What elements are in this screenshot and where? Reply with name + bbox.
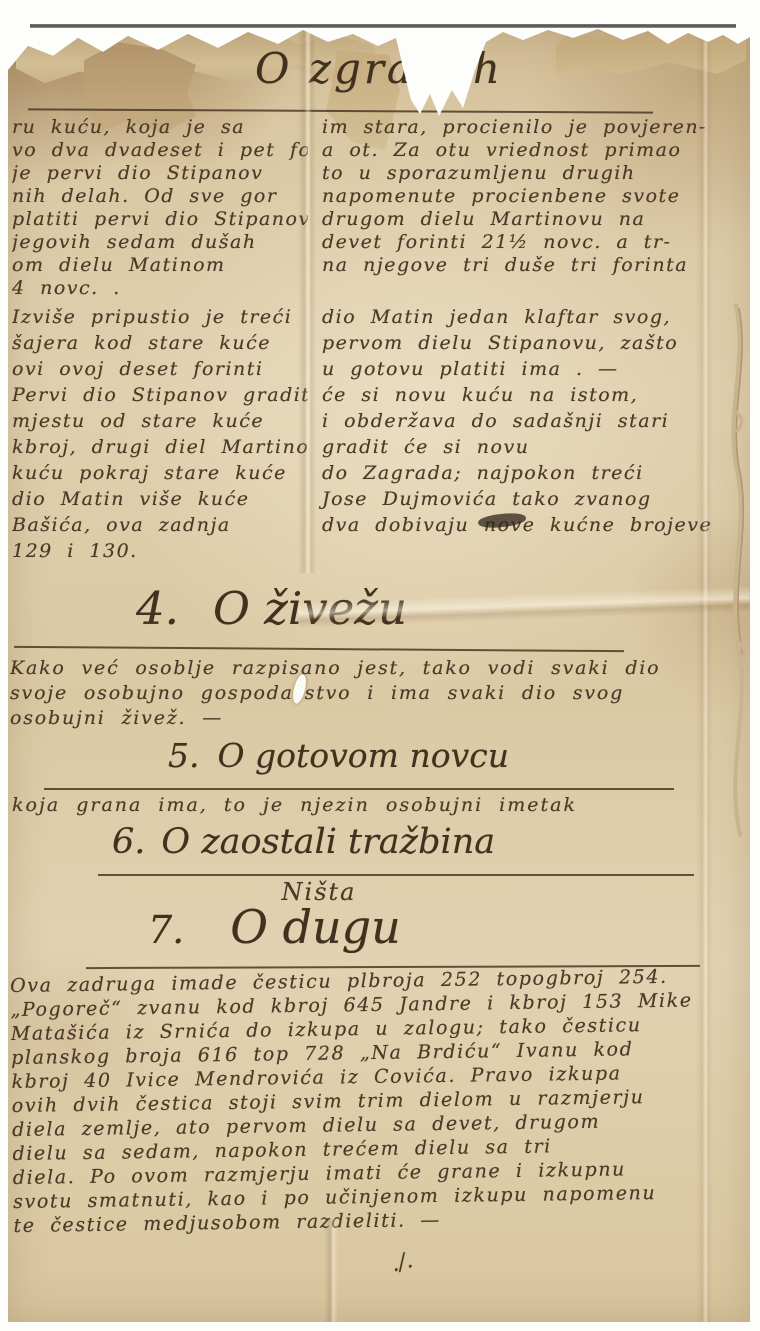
line-left-segment: dio Matin više kuće: [12, 486, 308, 512]
section-heading-novac: 5.O gotovom novcu: [8, 736, 750, 775]
line-right-segment: a ot. Za otu vriednost primao: [308, 139, 744, 162]
manuscript-line: kbroj, drugi diel Martinovgradit će si n…: [12, 434, 744, 460]
line-right-segment: pervom dielu Stipanovu, zašto: [308, 330, 744, 356]
paragraph-zivez: Kako već osoblje razpisano jest, tako vo…: [10, 656, 744, 731]
section-number: 5.: [168, 736, 200, 775]
line-left-segment: Bašića, ova zadnja: [12, 512, 308, 538]
line-right-segment: to u sporazumljenu drugih: [308, 162, 744, 185]
paragraph-zgrade-1: ru kuću, koja je saim stara, procienilo …: [12, 116, 744, 300]
section-heading-text: O živežu: [213, 582, 407, 635]
manuscript-line: šajera kod stare kućepervom dielu Stipan…: [12, 330, 744, 356]
manuscript-line: Izviše pripustio je trećidio Matin jedan…: [12, 304, 744, 330]
line-right-segment: dio Matin jedan klaftar svog,: [308, 304, 744, 330]
line-right-segment: u gotovu platiti ima . —: [308, 356, 744, 382]
line-right-segment: i obderžava do sadašnji stari: [308, 408, 744, 434]
section-heading-text: O gotovom novcu: [218, 736, 509, 775]
section-heading-text: O zaostali tražbina: [161, 822, 495, 862]
scanned-manuscript: { "title": { "text": "O zgradah" }, "sec…: [0, 0, 760, 1331]
paragraph-zgrade-2: Izviše pripustio je trećidio Matin jedan…: [12, 304, 744, 564]
line-left-segment: je pervi dio Stipanov: [12, 162, 308, 185]
line-left-segment: mjestu od stare kuće: [12, 408, 308, 434]
line-left-segment: 129 i 130.: [12, 538, 308, 564]
scanner-edge-shadow: [30, 24, 736, 28]
heading-underline: [14, 646, 624, 652]
manuscript-line: svoje osobujno gospodarstvo i ima svaki …: [10, 681, 744, 706]
line-left-segment: šajera kod stare kuće: [12, 330, 308, 356]
line-left-segment: 4 novc. .: [12, 277, 308, 300]
line-right-segment: devet forinti 21½ novc. a tr-: [308, 231, 744, 254]
manuscript-line: Pervi dio Stipanov graditće si novu kuću…: [12, 382, 744, 408]
page-mark: ./.: [8, 1256, 750, 1281]
section-number: 6.: [112, 822, 145, 862]
line-left-segment: nih delah. Od sve gor: [12, 185, 308, 208]
line-left-segment: Pervi dio Stipanov gradit: [12, 382, 308, 408]
line-right-segment: Jose Dujmovića tako zvanog: [308, 486, 744, 512]
section-heading-trazbine: 6.O zaostali tražbina: [8, 822, 750, 862]
line-left-segment: Izviše pripustio je treći: [12, 304, 308, 330]
paragraph-novac: koja grana ima, to je njezin osobujni im…: [12, 794, 577, 816]
line-left-segment: jegovih sedam dušah: [12, 231, 308, 254]
manuscript-line: 4 novc. .: [12, 277, 744, 300]
manuscript-line: Kako već osoblje razpisano jest, tako vo…: [10, 656, 744, 681]
manuscript-line: ru kuću, koja je saim stara, procienilo …: [12, 116, 744, 139]
manuscript-line: je pervi dio Stipanovto u sporazumljenu …: [12, 162, 744, 185]
manuscript-line: platiti pervi dio Stipanovdrugom dielu M…: [12, 208, 744, 231]
manuscript-line: jegovih sedam dušahdevet forinti 21½ nov…: [12, 231, 744, 254]
line-right-segment: [308, 538, 744, 564]
line-right-segment: do Zagrada; najpokon treći: [308, 460, 744, 486]
manuscript-line: osobujni živež. —: [10, 706, 744, 731]
binding-thread: [714, 300, 758, 860]
section-heading-zivez: 4.O živežu: [8, 582, 750, 635]
page-mark-text: ./.: [389, 1248, 416, 1277]
line-right-segment: im stara, procienilo je povjeren-: [308, 116, 744, 139]
manuscript-line: ovi ovoj deset forintiu gotovu platiti i…: [12, 356, 744, 382]
paper-sheet: O zgradah ru kuću, koja je saim stara, p…: [8, 28, 750, 1322]
line-right-segment: drugom dielu Martinovu na: [308, 208, 744, 231]
paragraph-dug: Ova zadruga imade česticu plbroja 252 to…: [10, 964, 750, 1238]
section-number: 4.: [136, 582, 179, 635]
section-heading-dug: 7.O dugu: [8, 900, 750, 954]
manuscript-line: kuću pokraj stare kućedo Zagrada; najpok…: [12, 460, 744, 486]
line-left-segment: ru kuću, koja je sa: [12, 116, 308, 139]
manuscript-line: 129 i 130.: [12, 538, 744, 564]
section-number: 7.: [148, 908, 184, 952]
manuscript-line: dio Matin više kućeJose Dujmovića tako z…: [12, 486, 744, 512]
page-title: O zgradah: [8, 44, 750, 93]
line-right-segment: [308, 277, 744, 300]
line-left-segment: kuću pokraj stare kuće: [12, 460, 308, 486]
manuscript-line: nih delah. Od sve gornapomenute procienb…: [12, 185, 744, 208]
manuscript-line: om dielu Matinomna njegove tri duše tri …: [12, 254, 744, 277]
line-right-segment: će si novu kuću na istom,: [308, 382, 744, 408]
line-left-segment: vo dva dvadeset i pet forint: [12, 139, 308, 162]
manuscript-line: mjestu od stare kućei obderžava do sadaš…: [12, 408, 744, 434]
line-right-segment: gradit će si novu: [308, 434, 744, 460]
manuscript-line: vo dva dvadeset i pet forinta ot. Za otu…: [12, 139, 744, 162]
line-left-segment: om dielu Matinom: [12, 254, 308, 277]
line-left-segment: ovi ovoj deset forinti: [12, 356, 308, 382]
line-left-segment: platiti pervi dio Stipanov: [12, 208, 308, 231]
line-right-segment: napomenute procienbene svote: [308, 185, 744, 208]
heading-underline: [44, 788, 674, 790]
line-right-segment: na njegove tri duše tri forinta: [308, 254, 744, 277]
line-right-segment: dva dobivaju nove kućne brojeve: [308, 512, 744, 538]
heading-underline: [98, 874, 694, 876]
manuscript-line: Bašića, ova zadnjadva dobivaju nove kućn…: [12, 512, 744, 538]
line-left-segment: kbroj, drugi diel Martinov: [12, 434, 308, 460]
section-heading-text: O dugu: [230, 900, 400, 954]
